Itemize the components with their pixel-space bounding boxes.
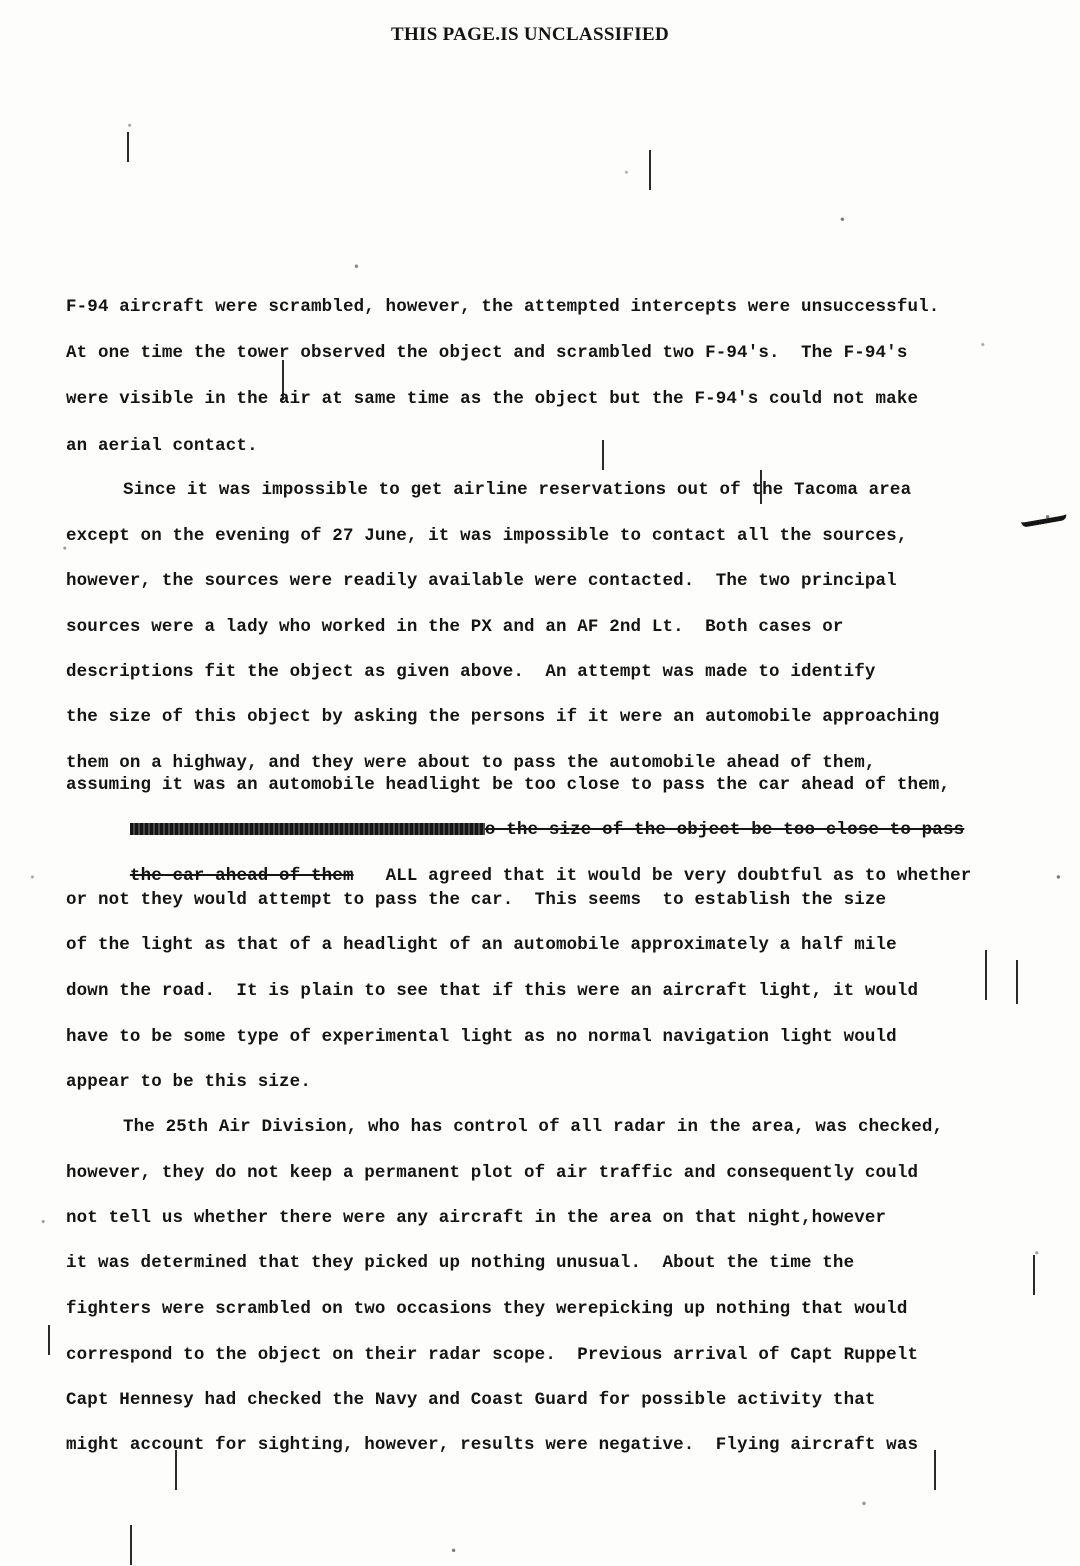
classification-header: THIS PAGE.IS UNCLASSIFIED [0,24,1060,46]
scan-mark [48,1325,50,1355]
scan-mark [175,1450,177,1490]
text-line: have to be some type of experimental lig… [66,1026,897,1048]
text-line: fighters were scrambled on two occasions… [66,1298,908,1320]
document-page: THIS PAGE.IS UNCLASSIFIED F-94 aircraft … [0,0,1080,1566]
scan-mark [934,1450,936,1490]
scan-mark [985,950,987,1000]
struck-text: the car ahead of them [130,866,354,886]
line-text: ALL agreed that it would be very doubtfu… [386,866,972,886]
text-line: correspond to the object on their radar … [66,1344,918,1366]
inserted-text-line: assuming it was an automobile headlight … [66,774,950,796]
text-line: appear to be this size. [66,1071,311,1093]
scan-mark [602,440,604,470]
text-line: descriptions fit the object as given abo… [66,661,876,683]
text-line: not tell us whether there were any aircr… [66,1207,886,1229]
paragraph-start-line: The 25th Air Division, who has control o… [123,1116,943,1138]
paragraph-start-line: Since it was impossible to get airline r… [123,479,911,501]
text-line: except on the evening of 27 June, it was… [66,525,908,547]
typed-x-out [130,823,485,835]
text-line: Capt Hennesy had checked the Navy and Co… [66,1389,876,1411]
text-line: however, they do not keep a permanent pl… [66,1162,918,1184]
scan-mark [1033,1255,1035,1295]
text-line: down the road. It is plain to see that i… [66,980,918,1002]
text-line: were visible in the air at same time as … [66,388,918,410]
pen-mark [1019,501,1068,528]
text-line: the size of this object by asking the pe… [66,706,939,728]
struck-text: o the size of the object be too close to… [485,820,964,840]
text-line: F-94 aircraft were scrambled, however, t… [66,296,939,318]
text-line: sources were a lady who worked in the PX… [66,616,844,638]
text-line: might account for sighting, however, res… [66,1434,918,1456]
text-line: or not they would attempt to pass the ca… [66,889,886,911]
text-line: them on a highway, and they were about t… [66,752,876,774]
text-line: of the light as that of a headlight of a… [66,934,897,956]
text-line: however, the sources were readily availa… [66,570,897,592]
text-line: At one time the tower observed the objec… [66,342,908,364]
scan-mark [130,1525,132,1565]
text-line: it was determined that they picked up no… [66,1252,854,1274]
scan-mark [1016,960,1018,1004]
scan-mark [127,132,129,162]
scan-mark [649,150,651,190]
text-line: an aerial contact. [66,435,258,457]
